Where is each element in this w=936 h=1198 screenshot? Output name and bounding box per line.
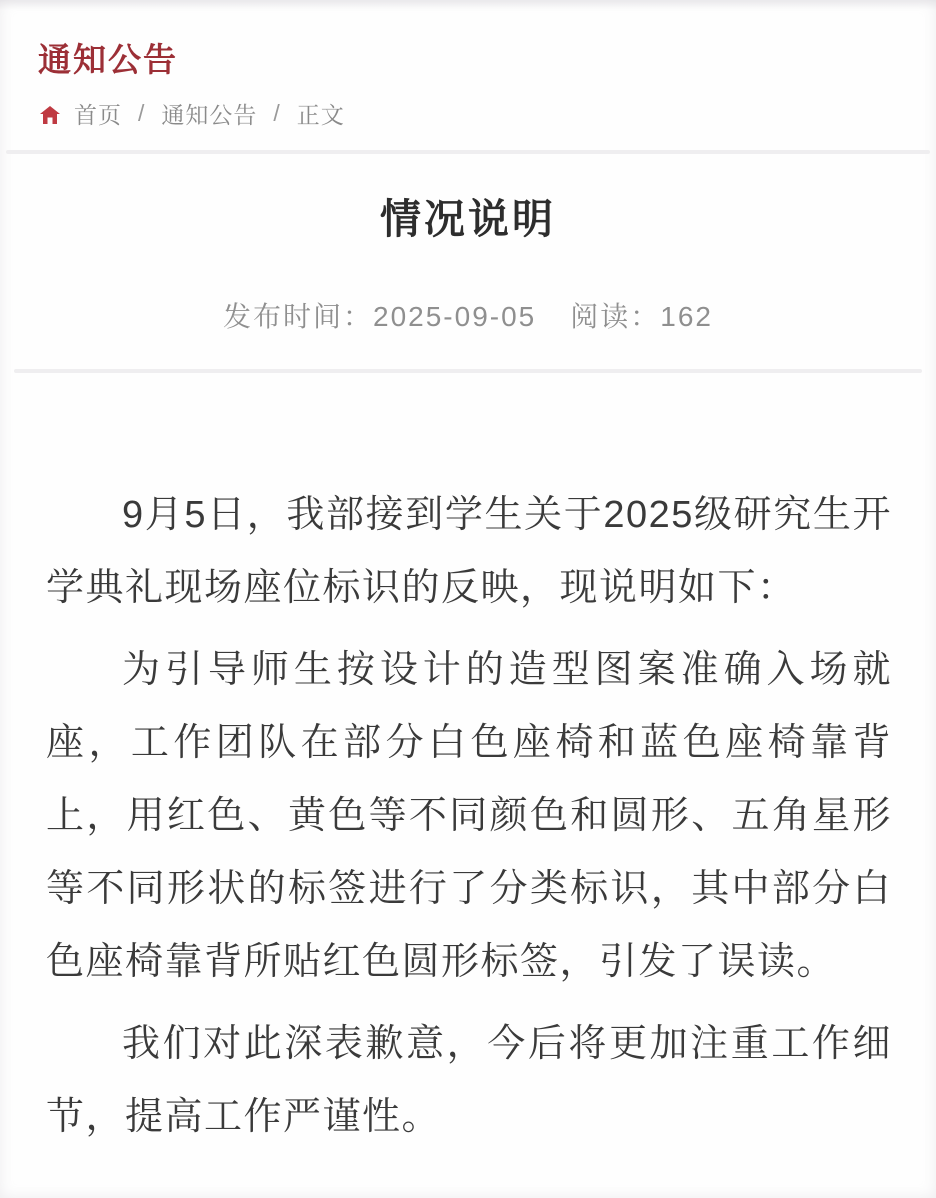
- views-label: 阅读：: [570, 301, 660, 332]
- publish-time-value: 2025-09-05: [373, 301, 536, 332]
- breadcrumb-item-current: 正文: [297, 97, 345, 130]
- breadcrumb-separator: /: [273, 100, 280, 127]
- meta-divider: [14, 369, 922, 373]
- breadcrumb-separator: /: [138, 100, 145, 127]
- article-paragraph: 我们对此深表歉意，今后将更加注重工作细节，提高工作严谨性。: [46, 1008, 892, 1154]
- article-title: 情况说明: [0, 186, 936, 245]
- views-count: 162: [660, 301, 713, 332]
- publish-time-label: 发布时间：: [223, 301, 373, 332]
- breadcrumb-item-notices[interactable]: 通知公告: [161, 97, 257, 130]
- article-paragraph: 9月5日，我部接到学生关于2025级研究生开学典礼现场座位标识的反映，现说明如下…: [46, 479, 892, 625]
- article-body: 9月5日，我部接到学生关于2025级研究生开学典礼现场座位标识的反映，现说明如下…: [0, 479, 936, 1154]
- header-divider: [6, 150, 930, 154]
- article-meta: 发布时间：2025-09-05阅读：162: [0, 295, 936, 335]
- breadcrumb: 首页 / 通知公告 / 正文: [38, 97, 898, 130]
- section-header: 通知公告 首页 / 通知公告 / 正文: [0, 0, 936, 130]
- home-icon[interactable]: [38, 103, 62, 127]
- article-paragraph: 为引导师生按设计的造型图案准确入场就座，工作团队在部分白色座椅和蓝色座椅靠背上，…: [46, 634, 892, 999]
- breadcrumb-item-home[interactable]: 首页: [74, 97, 122, 130]
- notice-page: 通知公告 首页 / 通知公告 / 正文 情况说明 发布时间：2025-09-05…: [0, 0, 936, 1198]
- section-title: 通知公告: [38, 34, 898, 81]
